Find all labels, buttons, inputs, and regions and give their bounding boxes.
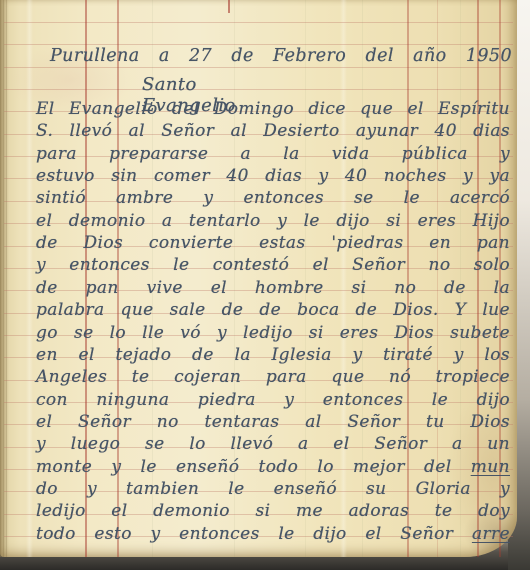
hyphenated-word-underline: arre	[472, 524, 510, 544]
handwriting-line: go se lo lle vó y ledijo si eres Dios su…	[36, 323, 510, 344]
handwriting-line: todo esto y entonces le dijo el Señor ar…	[36, 524, 510, 545]
manuscript-photo: Purullena a 27 de Febrero del año 1950 S…	[0, 0, 530, 570]
handwriting-line: en el tejado de la Iglesia y tiraté y lo…	[36, 345, 510, 366]
handwriting-line: para prepararse a la vida pública y	[36, 144, 510, 165]
handwriting-line: estuvo sin comer 40 dias y 40 noches y y…	[36, 166, 510, 187]
hyphenated-word-underline: mun	[471, 457, 510, 477]
handwriting-line: de Dios convierte estas 'piedras en pan	[36, 233, 510, 254]
handwriting-line: Angeles te cojeran para que nó tropiece	[36, 367, 510, 388]
handwriting-line: ledijo el demonio si me adoras te doy	[36, 501, 510, 522]
handwriting-line: de pan vive el hombre si no de la	[36, 278, 510, 299]
handwriting-line: do y tambien le enseñó su Gloria y	[36, 479, 510, 500]
handwriting-line: monte y le enseñó todo lo mejor del mun	[36, 457, 510, 478]
handwriting-line: S. llevó al Señor al Desierto ayunar 40 …	[36, 121, 510, 142]
handwriting-line: con ninguna piedra y entonces le dijo	[36, 390, 510, 411]
page-left-edge	[0, 0, 9, 557]
handwriting-line: El Evangelio del Domingo dice que el Esp…	[36, 99, 510, 120]
handwriting-line: el Señor no tentaras al Señor tu Dios	[36, 412, 510, 433]
notebook-page: Purullena a 27 de Febrero del año 1950 S…	[0, 0, 517, 557]
paper-crease	[26, 0, 33, 557]
date-line: Purullena a 27 de Febrero del año 1950	[50, 46, 512, 67]
handwriting-line: sintió ambre y entonces se le acercó	[36, 188, 510, 209]
ink-tick-mark	[228, 0, 230, 13]
handwriting-line: palabra que sale de de boca de Dios. Y l…	[36, 300, 510, 321]
handwriting-line: y luego se lo llevó a el Señor a un	[36, 434, 510, 455]
handwriting-line: el demonio a tentarlo y le dijo si eres …	[36, 211, 510, 232]
handwriting-line: y entonces le contestó el Señor no solo	[36, 255, 510, 276]
